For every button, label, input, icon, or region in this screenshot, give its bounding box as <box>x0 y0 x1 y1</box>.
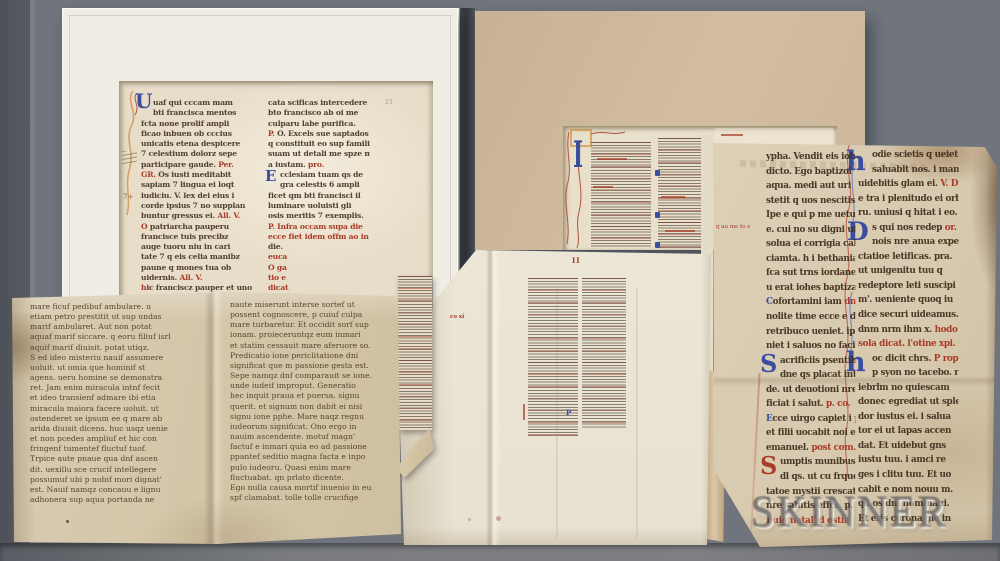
bible-initial-p: P <box>566 408 571 417</box>
blue-initial-mark <box>655 170 660 176</box>
stub-text-texture <box>398 276 432 430</box>
carolingian-bifolium: mare ficuf pedibuf ambulare. uetiam petr… <box>8 290 402 550</box>
auction-photo: U E uaf qui cccam mambti francisca mento… <box>0 0 1000 561</box>
bible-red-initial-bar <box>523 404 525 420</box>
rubric-mark <box>593 186 613 188</box>
framed-leaf-marginal-gloss <box>122 151 137 164</box>
rubric-mark <box>597 158 627 160</box>
rubric-mark <box>665 230 695 232</box>
carolingian-left-page: mare ficuf pedibuf ambulare. uetiam petr… <box>30 302 206 508</box>
rubric-mark <box>721 134 743 136</box>
floor-strip <box>0 543 1000 561</box>
carolingian-mark <box>66 520 69 523</box>
bible-crease <box>556 288 558 538</box>
bible-doodle-mark <box>468 518 471 521</box>
bible-chapter-numeral: II <box>572 256 581 265</box>
carolingian-right-page: naute miserunt interse sortef utpossent … <box>230 300 402 506</box>
right-leaf-column-1: ypha. Vendit eis iohcdicto. Ego baptizoi… <box>766 150 855 534</box>
framed-leaf-column-2: cata scificas intercederebto francisco a… <box>268 98 370 296</box>
right-leaf-column-2: odie scietis q ueiet dssaluabit nos. i m… <box>858 148 958 532</box>
white-mat: U E uaf qui cccam mambti francisca mento… <box>62 8 458 310</box>
bible-chapter-label: co xi <box>450 314 464 320</box>
stub-fold-flap <box>396 428 434 478</box>
right-leaf-margin-note: q au me fo e <box>716 224 750 230</box>
matted-leaf-initial: I <box>573 134 583 176</box>
blue-initial-mark <box>655 242 660 248</box>
bible-column-b-texture <box>582 278 626 428</box>
skinner-watermark: SKINNER <box>752 487 990 538</box>
framed-leaf-column-1: uaf qui cccam mambti francisca mentosfct… <box>141 98 257 296</box>
framed-leaf-marginal-mark: 7+ <box>123 193 133 201</box>
rubric-mark <box>661 196 685 198</box>
blue-initial-mark <box>655 212 660 218</box>
bible-doodle-mark <box>496 516 501 521</box>
bible-bifolium: co xi II P <box>396 248 714 548</box>
framed-leaf-folio-mark: 23 <box>385 99 393 106</box>
stub-leaf <box>396 276 434 478</box>
mat-window: U E uaf qui cccam mambti francisca mento… <box>119 81 433 309</box>
matted-leaf-top-strip <box>715 128 833 144</box>
bible-crease <box>636 288 638 538</box>
